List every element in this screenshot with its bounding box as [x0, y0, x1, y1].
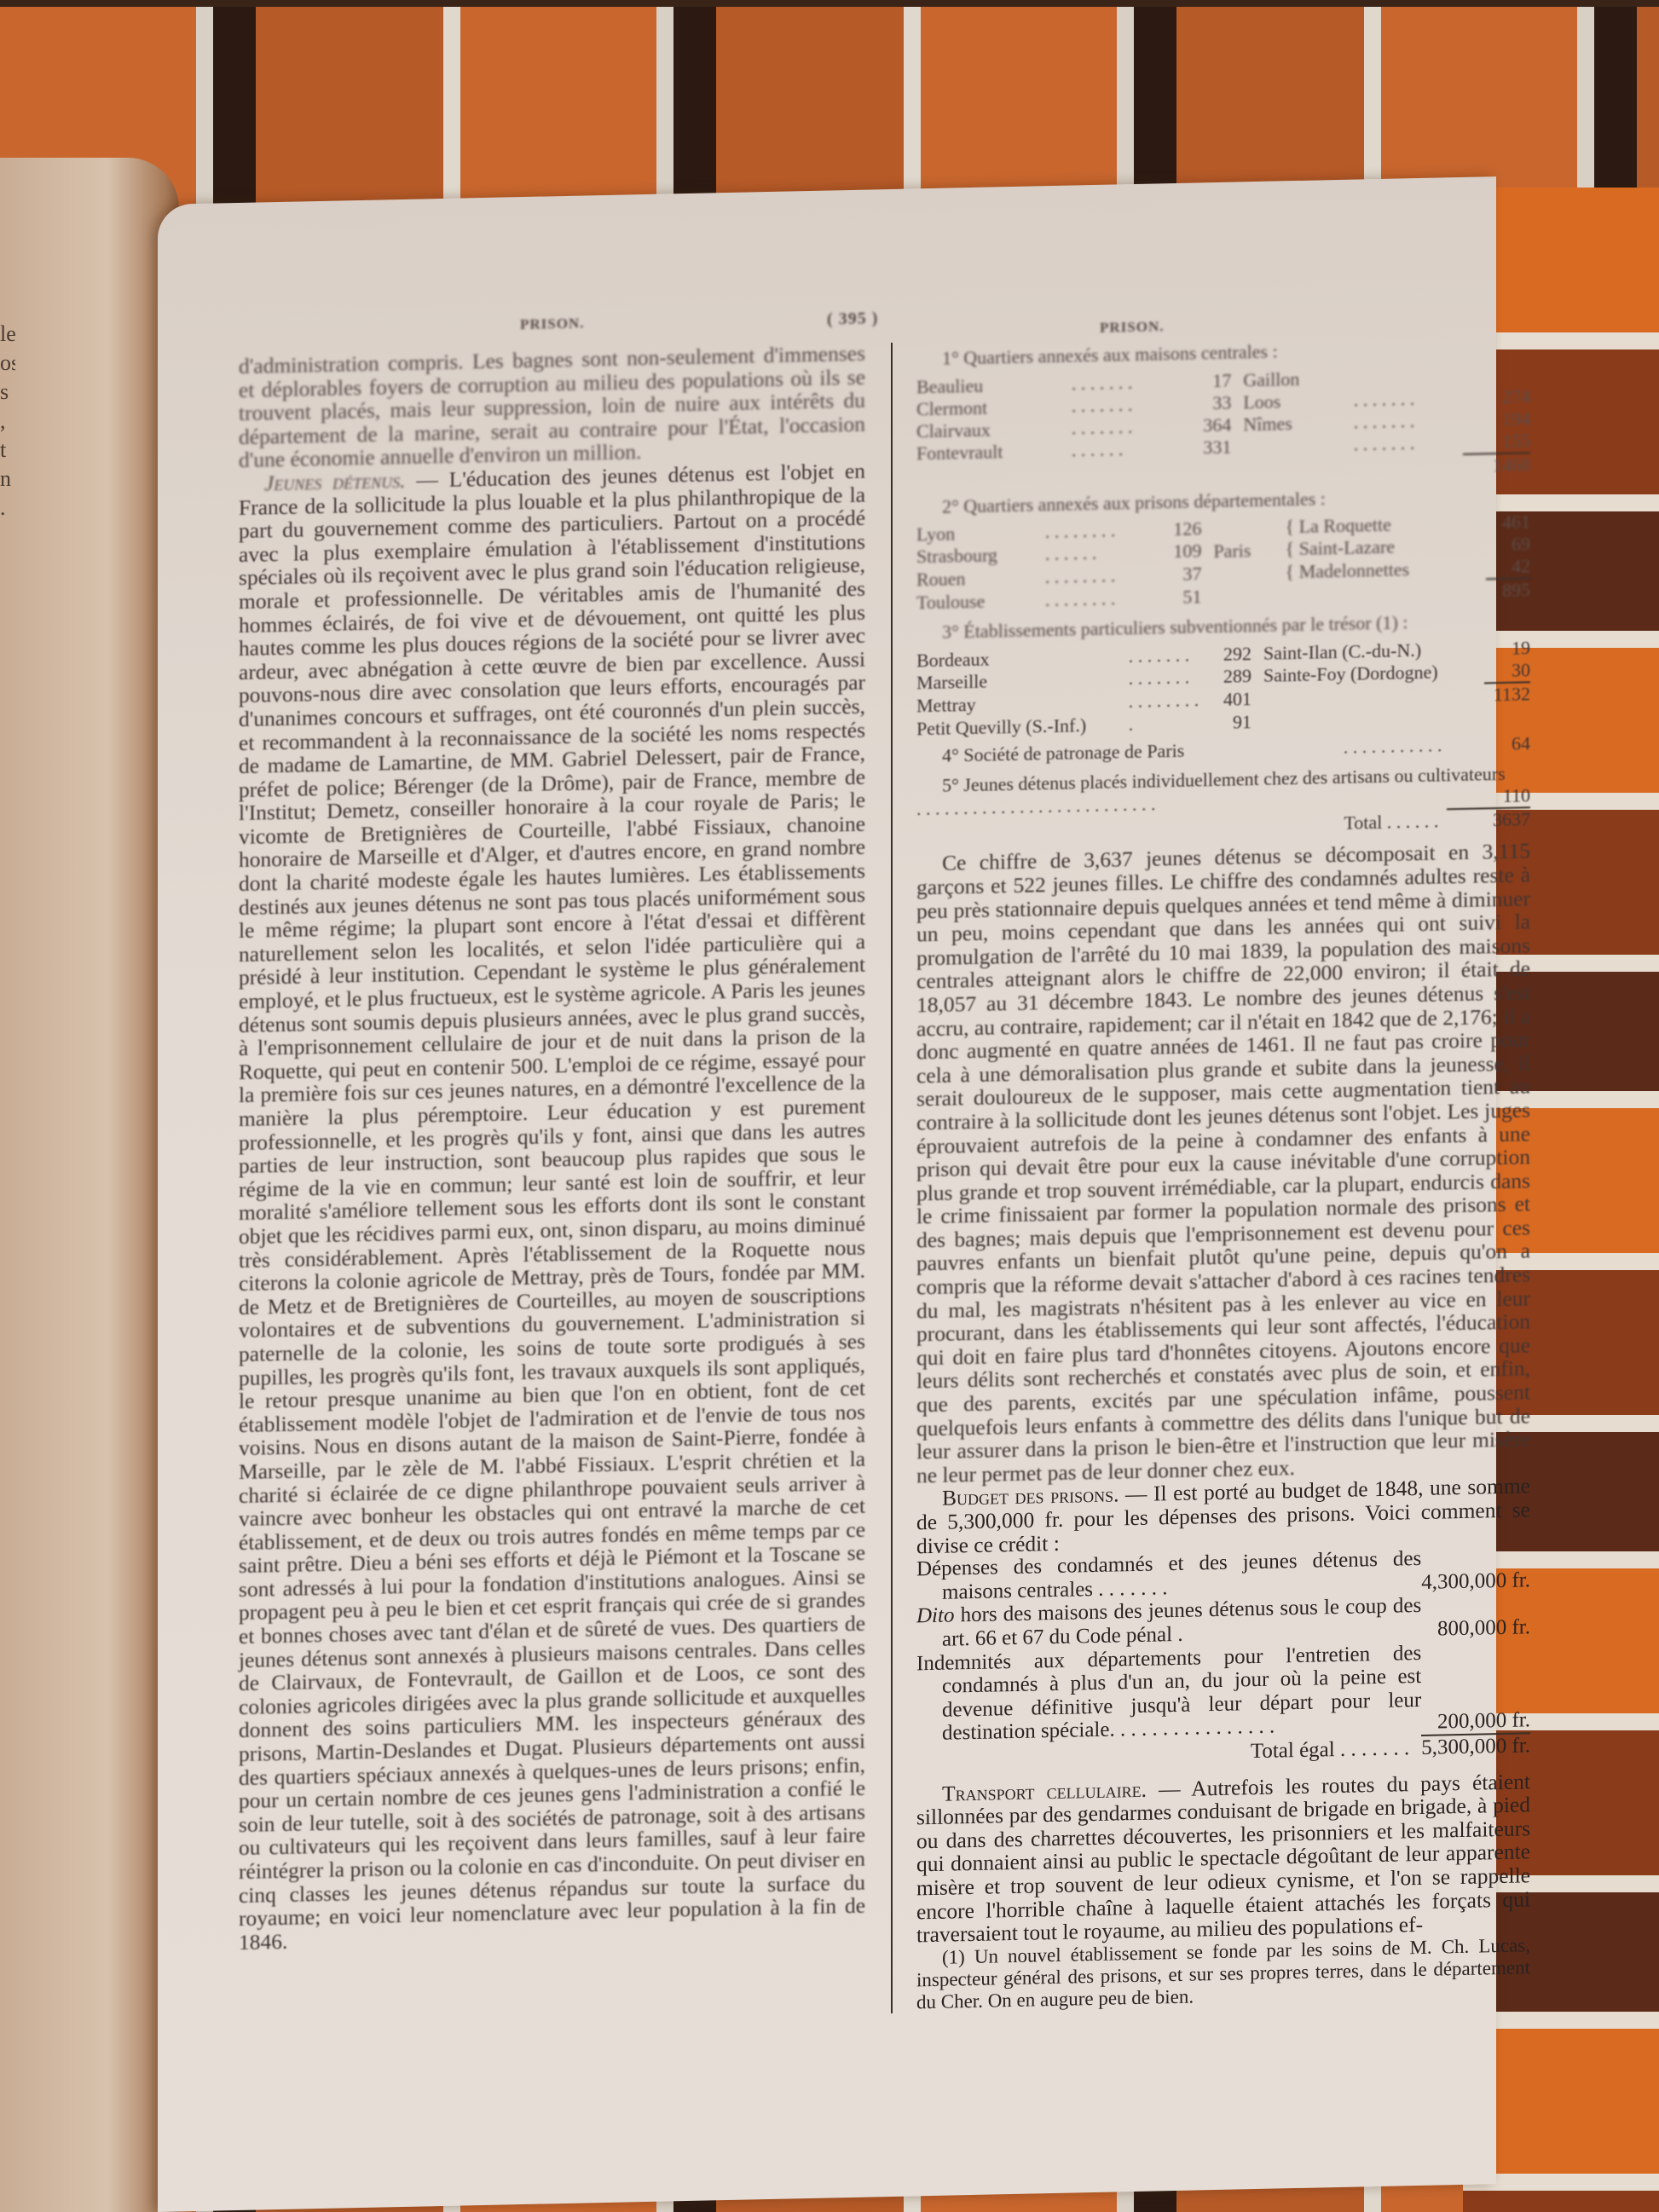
section-1-table: Beaulieu. . . . . . .17Gaillon Clermont.…	[916, 363, 1530, 488]
paragraph-transport: Transport cellulaire. — Autrefois les ro…	[916, 1770, 1530, 1947]
facing-page-edge: le os s , t n .	[0, 158, 179, 2212]
section-3-table: Bordeaux. . . . . . .292Saint-Ilan (C.-d…	[916, 637, 1530, 740]
left-column: d'administration compris. Les bagnes son…	[239, 342, 865, 1955]
budget-row: Indemnités aux départements pour l'entre…	[916, 1639, 1530, 1746]
budget-table: Dépenses des condamnés et des jeunes dét…	[916, 1545, 1530, 1770]
grand-total: 3637	[1447, 808, 1530, 833]
section-3-total: 1132	[1484, 682, 1530, 706]
footnote: (1) Un nouvel établissement se fonde par…	[916, 1934, 1530, 2013]
section-2-total: 895	[1486, 578, 1530, 602]
book-page: PRISON. ( 395 ) PRISON. d'administration…	[158, 176, 1496, 2212]
paragraph-budget: Budget des prisons. — Il est porté au bu…	[916, 1475, 1530, 1558]
running-head-right: PRISON.	[1100, 318, 1164, 337]
facing-page-text-fragment: le os s , t n .	[0, 320, 15, 523]
paragraph-bagnes: d'administration compris. Les bagnes son…	[239, 342, 865, 472]
section-1-total: 1468	[1463, 453, 1530, 477]
paris-label: Paris	[1201, 517, 1280, 586]
section-2-table: Lyon. . . . . . . .126Paris{ La Roquette…	[916, 511, 1530, 614]
budget-total: 5,300,000 fr.	[1421, 1733, 1530, 1759]
column-divider	[891, 343, 893, 2013]
running-head-left: PRISON.	[520, 315, 584, 334]
page-number: ( 395 )	[827, 309, 878, 329]
paragraph-statistics: Ce chiffre de 3,637 jeunes détenus se dé…	[916, 840, 1530, 1487]
paragraph-jeunes-detenus: Jeunes détenus. — L'éducation des jeunes…	[239, 459, 865, 1955]
right-column: 1° Quartiers annexés aux maisons central…	[916, 327, 1530, 2013]
paragraph-text: — L'éducation des jeunes détenus est l'o…	[239, 459, 865, 1955]
